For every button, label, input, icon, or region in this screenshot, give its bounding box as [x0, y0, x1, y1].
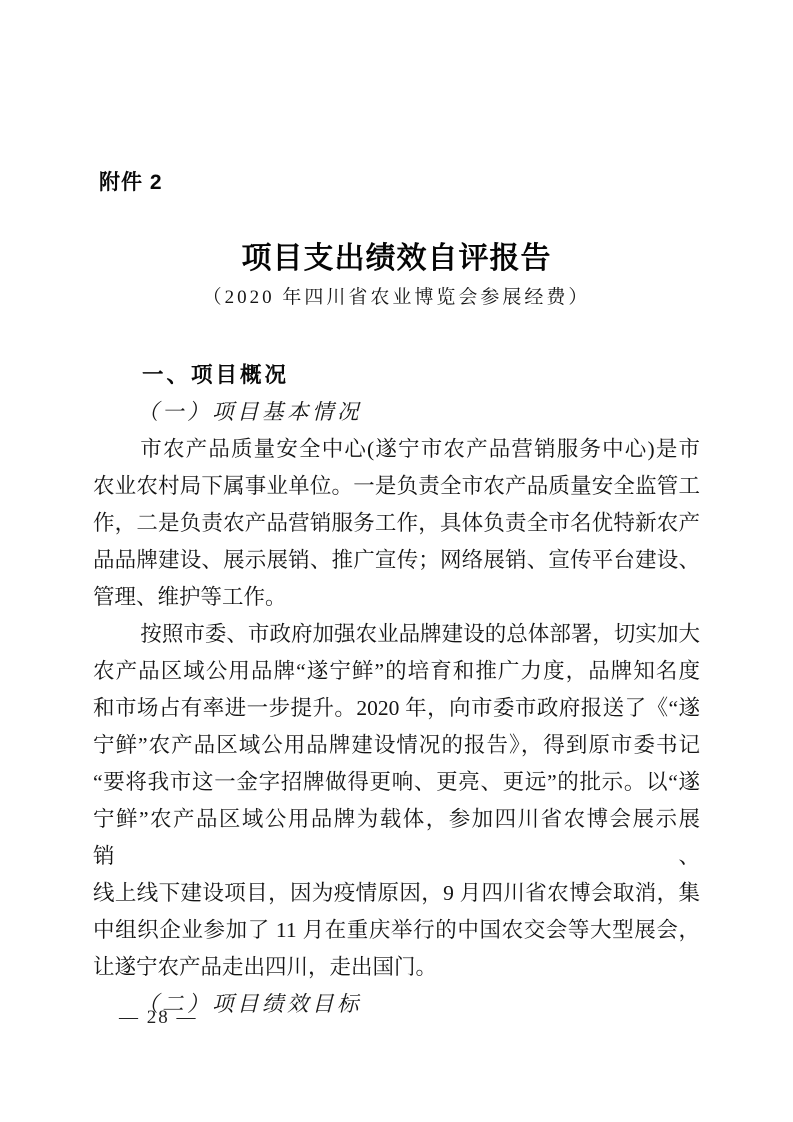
text-line: 让遂宁农产品走出四川，走出国门。 — [93, 949, 700, 986]
text-line: 农业农村局下属事业单位。一是负责全市农产品质量安全监管工 — [93, 468, 700, 505]
text-line: 市农产品质量安全中心(遂宁市农产品营销服务中心)是市 — [93, 431, 700, 468]
text-line: 宁鲜”农产品区域公用品牌建设情况的报告》，得到原市委书记 — [93, 727, 700, 764]
paragraph-2: 按照市委、市政府加强农业品牌建设的总体部署，切实加大农产品区域公用品牌“遂宁鲜”… — [93, 616, 700, 986]
page-number: — 28 — — [119, 1007, 198, 1029]
text-line: 品品牌建设、展示展销、推广宣传；网络展销、宣传平台建设、 — [93, 542, 700, 579]
text-line: 作，二是负责农产品营销服务工作，具体负责全市名优特新农产 — [93, 505, 700, 542]
attachment-label: 附件 2 — [99, 166, 163, 196]
subsection-heading-1: （一）项目基本情况 — [93, 394, 700, 431]
text-line: “要将我市这一金字招牌做得更响、更亮、更远”的批示。以“遂 — [93, 764, 700, 801]
document-subtitle: （2020 年四川省农业博览会参展经费） — [0, 282, 793, 309]
text-line: 按照市委、市政府加强农业品牌建设的总体部署，切实加大 — [93, 616, 700, 653]
document-body: 一、项目概况 （一）项目基本情况 市农产品质量安全中心(遂宁市农产品营销服务中心… — [93, 357, 700, 1023]
text-line: 和市场占有率进一步提升。2020 年，向市委市政府报送了《“遂 — [93, 690, 700, 727]
section-heading-1: 一、项目概况 — [93, 357, 700, 394]
text-line: 中组织企业参加了 11 月在重庆举行的中国农交会等大型展会， — [93, 912, 700, 949]
text-line: 管理、维护等工作。 — [93, 579, 700, 616]
text-line: 线上线下建设项目，因为疫情原因，9 月四川省农博会取消，集 — [93, 875, 700, 912]
document-title: 项目支出绩效自评报告 — [0, 233, 793, 277]
text-line: 宁鲜”农产品区域公用品牌为载体，参加四川省农博会展示展销、 — [93, 801, 700, 875]
document-page: 附件 2 项目支出绩效自评报告 （2020 年四川省农业博览会参展经费） 一、项… — [0, 0, 793, 1122]
text-line: 农产品区域公用品牌“遂宁鲜”的培育和推广力度，品牌知名度 — [93, 653, 700, 690]
paragraph-1: 市农产品质量安全中心(遂宁市农产品营销服务中心)是市农业农村局下属事业单位。一是… — [93, 431, 700, 616]
